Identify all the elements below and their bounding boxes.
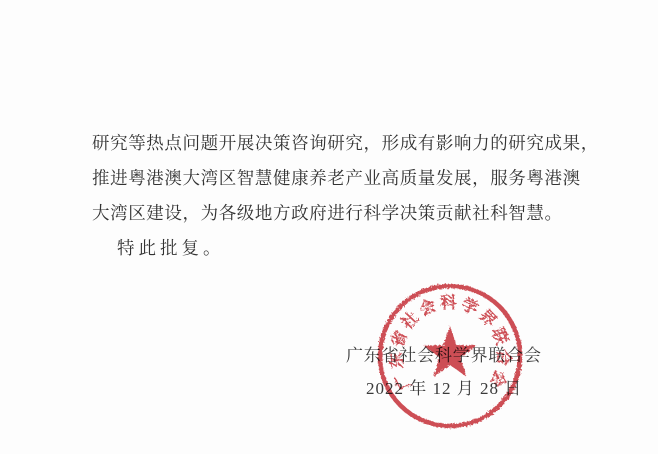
body-paragraph: 研究等热点问题开展决策咨询研究，形成有影响力的研究成果， 推进粤港澳大湾区智慧健… [92, 126, 574, 266]
signature-date: 2022 年 12 月 28 日 [366, 374, 522, 399]
closing-line: 特此批复。 [117, 231, 574, 266]
signature-org: 广东省社会科学界联合会 [346, 341, 542, 366]
body-line: 大湾区建设，为各级地方政府进行科学决策贡献社科智慧。 [92, 196, 574, 231]
document-page: 研究等热点问题开展决策咨询研究，形成有影响力的研究成果， 推进粤港澳大湾区智慧健… [0, 0, 658, 454]
body-line: 推进粤港澳大湾区智慧健康养老产业高质量发展，服务粤港澳 [92, 161, 574, 196]
body-line: 研究等热点问题开展决策咨询研究，形成有影响力的研究成果， [92, 126, 574, 161]
